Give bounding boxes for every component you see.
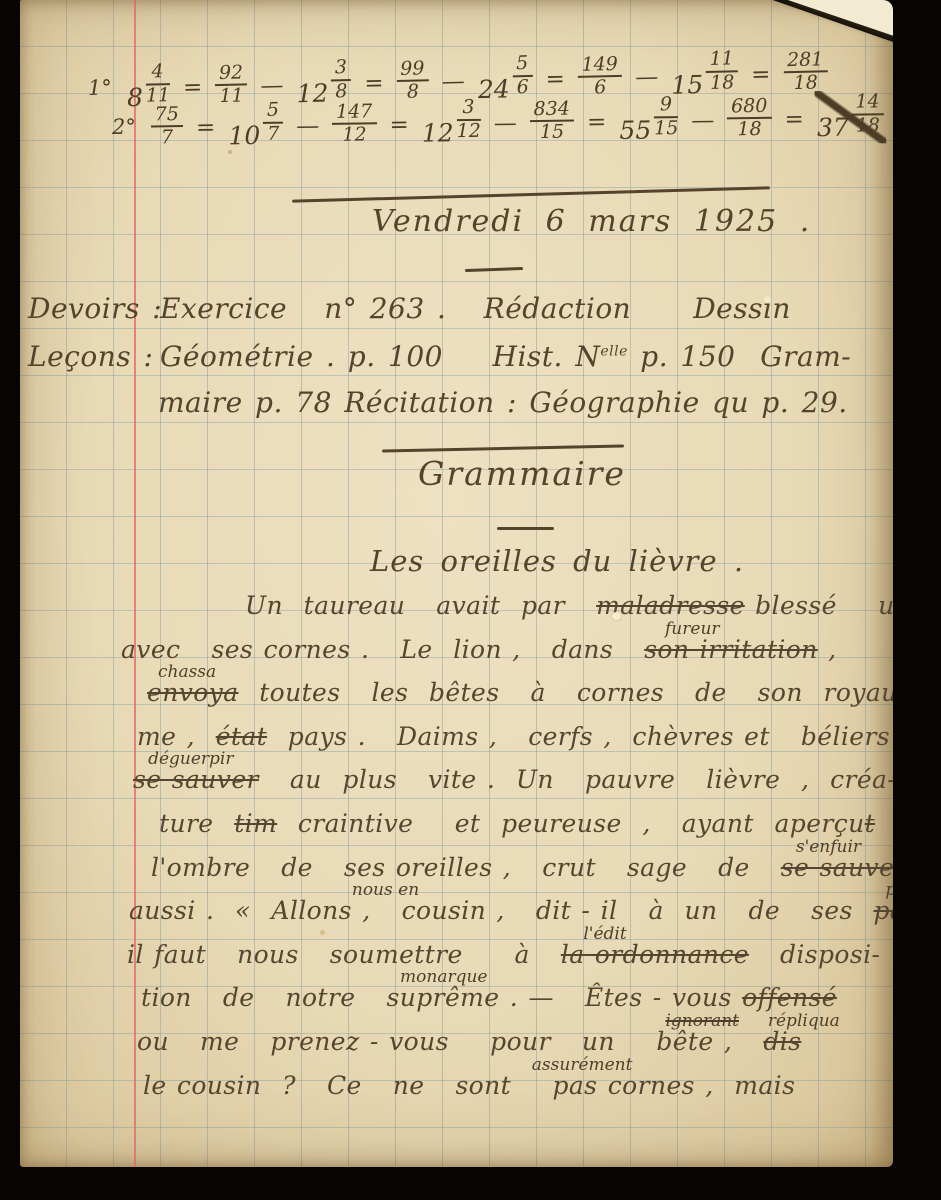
paper-stain xyxy=(612,612,621,620)
math-operator: — xyxy=(441,69,465,96)
devoirs-text: Exercice n° 263 . Rédaction Dessin xyxy=(160,292,791,325)
struck-word: tim xyxy=(234,809,277,838)
correction-word: l'édit xyxy=(583,924,626,944)
whole-number: 10 xyxy=(228,121,260,150)
paper-stain xyxy=(764,296,771,303)
math-fraction: 55915 xyxy=(619,95,679,145)
word: avec ses cornes . Le lion , dans xyxy=(121,635,644,664)
text-line: aussi . « Allons​nous en , cousin , dit … xyxy=(115,896,875,940)
word: au plus vite . Un pauvre lièvre , créa- xyxy=(259,765,893,794)
word: il faut nous soumettre à xyxy=(127,940,561,969)
lecons-text-post: p. 150 Gram- xyxy=(628,340,851,373)
correction-word: ignorant xyxy=(665,1011,739,1031)
denominator: 12 xyxy=(332,125,377,147)
numerator: 147 xyxy=(332,102,377,126)
exercise-title: Les oreilles du lièvre . xyxy=(370,544,744,578)
math-operator: = xyxy=(784,107,804,133)
fraction: 411 xyxy=(145,62,170,106)
math-fraction: 68018 xyxy=(727,96,772,140)
correction-word: chassa xyxy=(158,662,216,682)
fraction: 28118 xyxy=(783,50,828,95)
math-operator: = xyxy=(545,67,565,93)
numerator: 834 xyxy=(529,99,574,123)
word: ture xyxy=(159,809,234,838)
numerator: 149 xyxy=(577,54,622,78)
math-operator: = xyxy=(183,75,203,101)
fraction: 915 xyxy=(654,95,679,139)
word: ou me prenez - vous pour un xyxy=(137,1027,656,1056)
paper-stain xyxy=(228,150,232,154)
word xyxy=(732,1027,763,1056)
text-line: ou me prenez - vous pour un bête ,ignora… xyxy=(115,1027,875,1071)
word: me , xyxy=(137,722,216,751)
correction-word: s'enfuir xyxy=(796,837,861,857)
struck-word: la ordonnancel'édit xyxy=(561,940,749,969)
struck-word: disrépliqua xyxy=(763,1027,801,1056)
denominator: 18 xyxy=(852,115,884,136)
struck-word: t xyxy=(865,809,875,838)
text-line: ture tim craintive et peureuse , ayant a… xyxy=(115,809,875,853)
lecons-superscript: elle xyxy=(600,344,628,360)
numerator: 4 xyxy=(145,62,170,85)
word: craintive et peureuse , ayant aperçu xyxy=(277,809,865,838)
numerator: 14 xyxy=(851,92,884,115)
date-line: Vendredi 6 mars 1925 . xyxy=(372,204,811,239)
struck-word: envoyachassa xyxy=(147,678,239,707)
denominator: 18 xyxy=(706,72,739,94)
correction-word: fureur xyxy=(665,619,720,639)
scan-background: 1°8411=9211—1238=998—2456=1496—151118=28… xyxy=(0,0,941,1200)
denominator: 6 xyxy=(512,77,533,98)
math-fraction: 83415 xyxy=(529,99,574,143)
fraction: 1418 xyxy=(851,92,884,136)
heading-dash xyxy=(497,527,554,530)
numerator: 3 xyxy=(456,98,481,121)
math-row-label: 2° xyxy=(112,115,136,139)
word: pas cornes , mais xyxy=(532,1071,796,1100)
section-heading: Grammaire xyxy=(418,454,626,493)
correction-word: répliqua xyxy=(768,1011,840,1031)
numerator: 5 xyxy=(512,54,533,77)
whole-number: 12 xyxy=(422,118,454,147)
math-operator: = xyxy=(364,71,384,97)
word: , xyxy=(818,635,837,664)
homework-row: Devoirs : Exercice n° 263 . Rédaction De… xyxy=(28,292,791,325)
text-line: avec ses cornes . Le lion , dans son irr… xyxy=(115,635,875,679)
word: le cousin ? Ce ne sont xyxy=(143,1071,532,1100)
fraction: 312 xyxy=(456,98,481,142)
lecons-text-pre: Géométrie . p. 100 Hist. N xyxy=(160,340,600,373)
numerator: 75 xyxy=(151,104,184,127)
fraction: 38 xyxy=(331,58,352,102)
word: toutes les bêtes à cornes de son royau- xyxy=(239,678,894,707)
correction-word: déguerpir xyxy=(148,749,233,769)
math-fraction: 1057 xyxy=(228,101,284,151)
math-fraction: 757 xyxy=(151,104,184,148)
word: pays . Daims , cerfs , chèvres et bélier… xyxy=(267,722,893,751)
fraction: 83415 xyxy=(529,99,574,143)
text-line: il faut nous soumettre à la ordonnancel'… xyxy=(115,940,875,984)
word: tion de notre xyxy=(141,983,386,1012)
math-fraction: 371418 xyxy=(816,92,884,142)
paper-stain xyxy=(320,930,325,935)
correction-word: monarque xyxy=(400,967,487,987)
math-fraction: 14712 xyxy=(332,102,377,146)
struck-word: état xyxy=(216,722,267,751)
math-fraction: 1496 xyxy=(577,54,622,99)
composition-text: Un taureau avait par maladresse blessé u… xyxy=(115,591,875,1114)
text-line: le cousin ? Ce ne sont ​assurément pas c… xyxy=(115,1071,875,1115)
fraction: 1118 xyxy=(705,49,738,94)
word: blessé un lion xyxy=(745,591,893,620)
math-operator: — xyxy=(296,114,319,140)
fraction: 998 xyxy=(396,59,429,104)
numerator: 11 xyxy=(705,49,738,73)
fraction: 56 xyxy=(512,54,533,98)
text-line: envoyachassa toutes les bêtes à cornes d… xyxy=(115,678,875,722)
math-operator: — xyxy=(635,65,659,92)
fraction: 757 xyxy=(151,104,184,148)
text-line: l'ombre de ses oreilles , crut sage de s… xyxy=(115,853,875,897)
math-fraction: 998 xyxy=(396,59,429,104)
notebook-page: 1°8411=9211—1238=998—2456=1496—151118=28… xyxy=(20,0,893,1167)
math-operator: = xyxy=(389,112,409,138)
word: suprêmemonarque xyxy=(386,983,499,1012)
lessons-row: Leçons : Géométrie . p. 100 Hist. Nelle … xyxy=(28,340,851,373)
word: Un taureau avait par xyxy=(245,591,596,620)
numerator: 99 xyxy=(396,59,429,83)
struck-word: offensé xyxy=(742,983,837,1012)
word: . — Êtes - vous xyxy=(499,983,742,1012)
denominator: 15 xyxy=(654,118,678,139)
word: l'ombre de ses oreilles , crut sage de xyxy=(151,853,781,882)
denominator: 7 xyxy=(263,123,283,144)
math-row-label: 1° xyxy=(88,76,112,101)
correction-word: proches xyxy=(885,880,893,900)
denominator: 12 xyxy=(457,121,481,142)
math-operator: = xyxy=(196,115,216,141)
struck-word: parentsproches xyxy=(873,896,893,925)
text-line: Un taureau avait par maladresse blessé u… xyxy=(115,591,875,635)
numerator: 5 xyxy=(263,101,283,124)
word: aussi . « Allons xyxy=(129,896,352,925)
heading-rule xyxy=(382,444,624,452)
lecons-label: Leçons : xyxy=(28,340,160,373)
struck-word: se sauverdéguerpir xyxy=(133,765,259,794)
math-operator: — xyxy=(494,111,517,137)
word: disposi- xyxy=(749,940,880,969)
math-fraction: 151118 xyxy=(671,49,739,99)
denominator: 15 xyxy=(530,122,575,144)
word: bête ,ignorant xyxy=(656,1027,732,1056)
lessons-row-continued: maire p. 78 Récitation : Géographie qu p… xyxy=(158,386,848,419)
numerator: 3 xyxy=(331,58,352,81)
denominator: 18 xyxy=(727,119,772,141)
page-curl-icon xyxy=(779,0,893,37)
denominator: 7 xyxy=(151,127,183,148)
numerator: 680 xyxy=(727,96,772,120)
math-row: 2°757=1057—14712=12312—83415=55915—68018… xyxy=(112,92,893,152)
text-line: tion de notre suprêmemonarque . — Êtes -… xyxy=(115,983,875,1027)
fraction: 1496 xyxy=(577,54,622,99)
math-operator: — xyxy=(691,108,714,134)
math-work: 1°8411=9211—1238=998—2456=1496—151118=28… xyxy=(88,64,893,152)
word: , cousin , dit - il à un de ses xyxy=(352,896,874,925)
devoirs-label: Devoirs : xyxy=(28,292,160,325)
whole-number: 55 xyxy=(619,115,651,144)
text-line: se sauverdéguerpir au plus vite . Un pau… xyxy=(115,765,875,809)
numerator: 92 xyxy=(215,63,248,87)
math-fraction: 28118 xyxy=(783,50,828,95)
numerator: 281 xyxy=(783,50,828,74)
math-operator: = xyxy=(587,110,607,136)
fraction: 68018 xyxy=(727,96,772,140)
fraction: 14712 xyxy=(332,102,377,146)
math-fraction: 12312 xyxy=(421,98,481,148)
underline-math xyxy=(292,186,770,202)
numerator: 9 xyxy=(654,95,679,118)
struck-word: se sauvers'enfuir xyxy=(781,853,893,882)
fraction: 57 xyxy=(263,101,284,145)
lecons-text: Géométrie . p. 100 Hist. Nelle p. 150 Gr… xyxy=(160,340,851,373)
date-dash xyxy=(465,267,523,272)
struck-word: son irritationfureur xyxy=(644,635,818,664)
math-operator: = xyxy=(751,62,771,88)
whole-number: 37 xyxy=(817,113,849,142)
math-operator: — xyxy=(260,73,284,100)
